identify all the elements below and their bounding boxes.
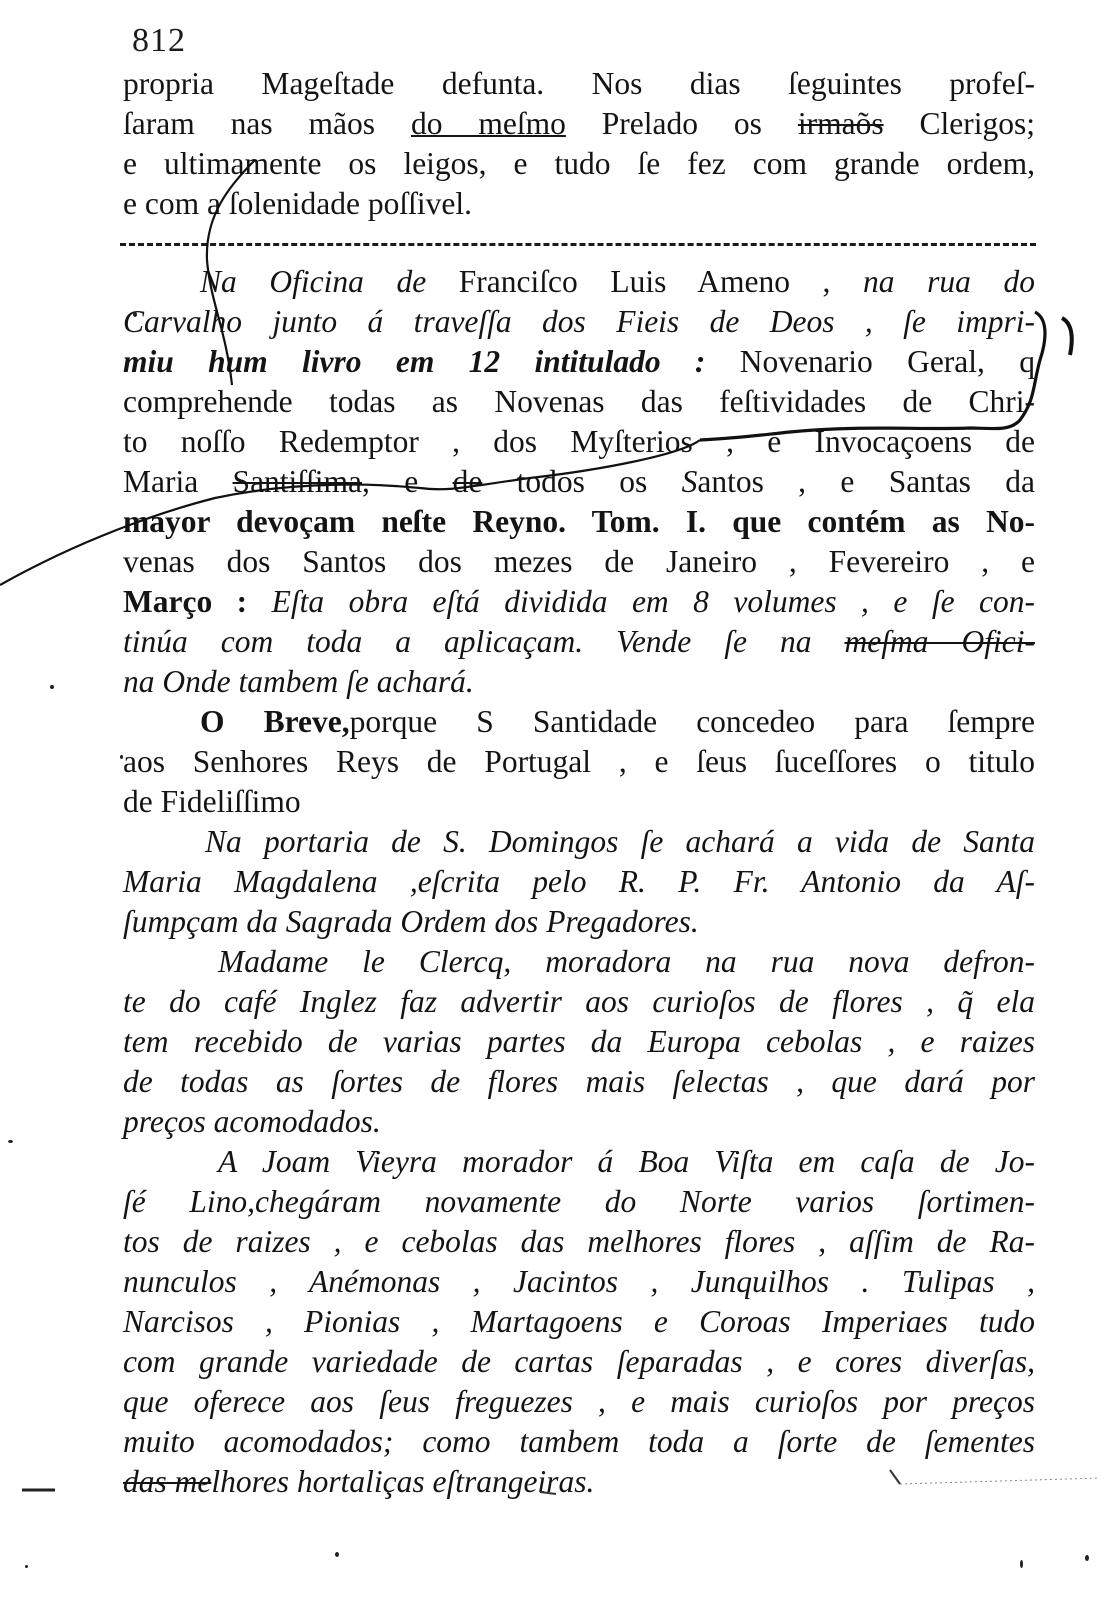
text-line: mayor devoçam neſte Reyno. Tom. I. que c…: [123, 502, 1035, 542]
text-line: ſé Lino,chegáram novamente do Norte vari…: [123, 1182, 1035, 1222]
scan-speck: [133, 312, 137, 317]
text-line: Na Oficina de Franciſco Luis Ameno , na …: [200, 262, 1035, 302]
struck-text: irmaõs: [798, 106, 884, 141]
text-line: propria Mageſtade defunta. Nos dias ſegu…: [123, 64, 1035, 104]
text-line: Março : Eſta obra eſtá dividida em 8 vol…: [123, 582, 1035, 622]
scan-speck: [1020, 1560, 1023, 1568]
text-line: preços acomodados.: [123, 1102, 1035, 1142]
text-line: que oferece aos ſeus freguezes , e mais …: [123, 1382, 1035, 1422]
text-line: de todas as ſortes de flores mais ſelect…: [123, 1062, 1035, 1102]
text-line: muito acomodados; como tambem toda a ſor…: [123, 1422, 1035, 1462]
scanned-page: 812 propria Mageſtade defunta. Nos dias …: [0, 0, 1100, 1601]
text-line: tinúa com toda a aplicaçam. Vende ſe na …: [123, 622, 1035, 662]
scan-speck: [1085, 1555, 1089, 1561]
text-line: O Breve,porque S Santidade concedeo para…: [200, 702, 1035, 742]
text-line: comprehende todas as Novenas das feſtivi…: [123, 382, 1035, 422]
scan-speck: [8, 1140, 13, 1143]
text-line: miu hum livro em 12 intitulado : Novenar…: [123, 342, 1035, 382]
text-line: Na portaria de S. Domingos ſe achará a v…: [205, 822, 1035, 862]
underlined-text: do meſmo: [411, 106, 566, 141]
scan-speck: [120, 755, 123, 759]
text-line: Carvalho junto á traveſſa dos Fieis de D…: [123, 302, 1035, 342]
text-line: tos de raizes , e cebolas das melhores f…: [123, 1222, 1035, 1262]
text-line: Maria Magdalena ,eſcrita pelo R. P. Fr. …: [123, 862, 1035, 902]
scan-speck: [335, 1552, 339, 1557]
text-line: com grande variedade de cartas ſeparadas…: [123, 1342, 1035, 1382]
text-line: A Joam Vieyra morador á Boa Viſta em caſ…: [218, 1142, 1035, 1182]
text-line: te do café Inglez faz advertir aos curio…: [123, 982, 1035, 1022]
text-line: aos Senhores Reys de Portugal , e ſeus ſ…: [123, 742, 1035, 782]
text-line: na Onde tambem ſe achará.: [123, 662, 1035, 702]
text-line: nunculos , Anémonas , Jacintos , Junquil…: [123, 1262, 1035, 1302]
text-line: ſumpçam da Sagrada Ordem dos Pregadores.: [123, 902, 1035, 942]
scan-speck: [25, 1565, 28, 1568]
text-line: to noſſo Redemptor , dos Myſterios , e I…: [123, 422, 1035, 462]
text-line: das melhores hortaliças eſtrangeiras.: [123, 1462, 1035, 1502]
text-line: Maria Santiſſima, e de todos os Santos ,…: [123, 462, 1035, 502]
text-line: venas dos Santos dos mezes de Janeiro , …: [123, 542, 1035, 582]
text-line: e com a ſolenidade poſſivel.: [123, 184, 1035, 224]
text-line: Narcisos , Pionias , Martagoens e Coroas…: [123, 1302, 1035, 1342]
scan-speck: [50, 685, 54, 689]
text-line: de Fideliſſimo: [123, 782, 1035, 822]
section-divider-rule: [120, 243, 1036, 246]
text-line: ſaram nas mãos do meſmo Prelado os irmaõ…: [123, 104, 1035, 144]
text-line: Madame le Clercq, moradora na rua nova d…: [218, 942, 1035, 982]
text-line: e ultimamente os leigos, e tudo ſe fez c…: [123, 144, 1035, 184]
page-number: 812: [132, 22, 186, 60]
text-line: tem recebido de varias partes da Europa …: [123, 1022, 1035, 1062]
